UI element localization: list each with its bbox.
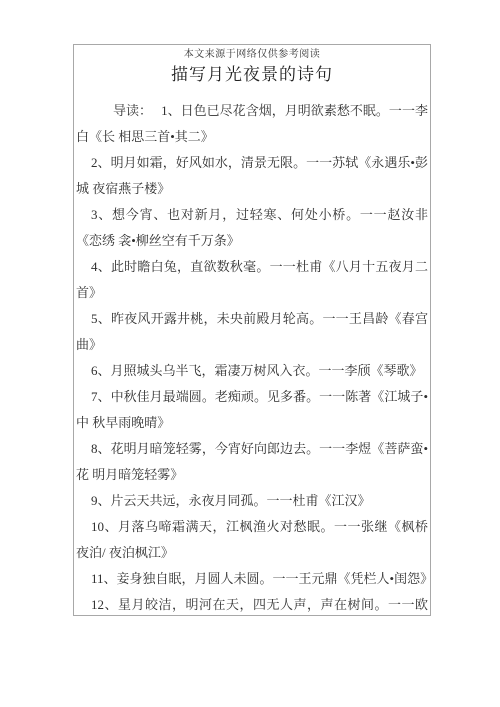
document-border-frame: 本文来源于网络仅供参考阅读 描写月光夜景的诗句 导读：1、日色已尽花含烟，月明欲… [73,44,431,616]
poem-item-5: 5、昨夜风开露井桃，未央前殿月轮高。一一王昌龄《春宫曲》 [76,306,428,358]
poem-item-8: 8、花明月暗笼轻雾，今宵好向郎边去。一一李煜《菩萨蛮•花 明月暗笼轻雾》 [76,436,428,488]
poem-item-4: 4、此时瞻白兔，直欲数秋毫。一一杜甫《八月十五夜月二首》 [76,254,428,306]
source-note: 本文来源于网络仅供参考阅读 [76,48,428,61]
page-title: 描写月光夜景的诗句 [76,63,428,87]
poem-item-2: 2、明月如霜，好风如水，清景无限。一一苏轼《永遇乐•彭城 夜宿燕子楼》 [76,150,428,202]
lead-paragraph: 导读：1、日色已尽花含烟，月明欲素愁不眠。一一李白《长 相思三首•其二》 [76,98,428,150]
poem-item-3: 3、想今宵、也对新月，过轻寒、何处小桥。一一赵汝非《恋绣 衾•柳丝空有千万条》 [76,202,428,254]
document-page: 本文来源于网络仅供参考阅读 描写月光夜景的诗句 导读：1、日色已尽花含烟，月明欲… [0,0,500,707]
poem-list: 导读：1、日色已尽花含烟，月明欲素愁不眠。一一李白《长 相思三首•其二》 2、明… [76,98,428,616]
poem-item-7: 7、中秋佳月最端圆。老痴顽。见多番。一一陈著《江城子•中 秋早雨晚晴》 [76,384,428,436]
poem-item-6: 6、月照城头乌半飞，霜凄万树风入衣。一一李颀《琴歌》 [76,358,428,384]
poem-item-12: 12、星月皎洁，明河在天，四无人声，声在树间。一一欧阳修《秋声赋》 [76,592,428,616]
poem-item-11: 11、妾身独自眠，月圆人未圆。一一王元鼎《凭栏人•闺怨》 [76,566,428,592]
poem-item-10: 10、月落乌啼霜满天，江枫渔火对愁眠。一一张继《枫桥夜泊/ 夜泊枫江》 [76,514,428,566]
poem-item-9: 9、片云天共远，永夜月同孤。一一杜甫《江汉》 [76,488,428,514]
lead-label: 导读： [113,103,161,118]
